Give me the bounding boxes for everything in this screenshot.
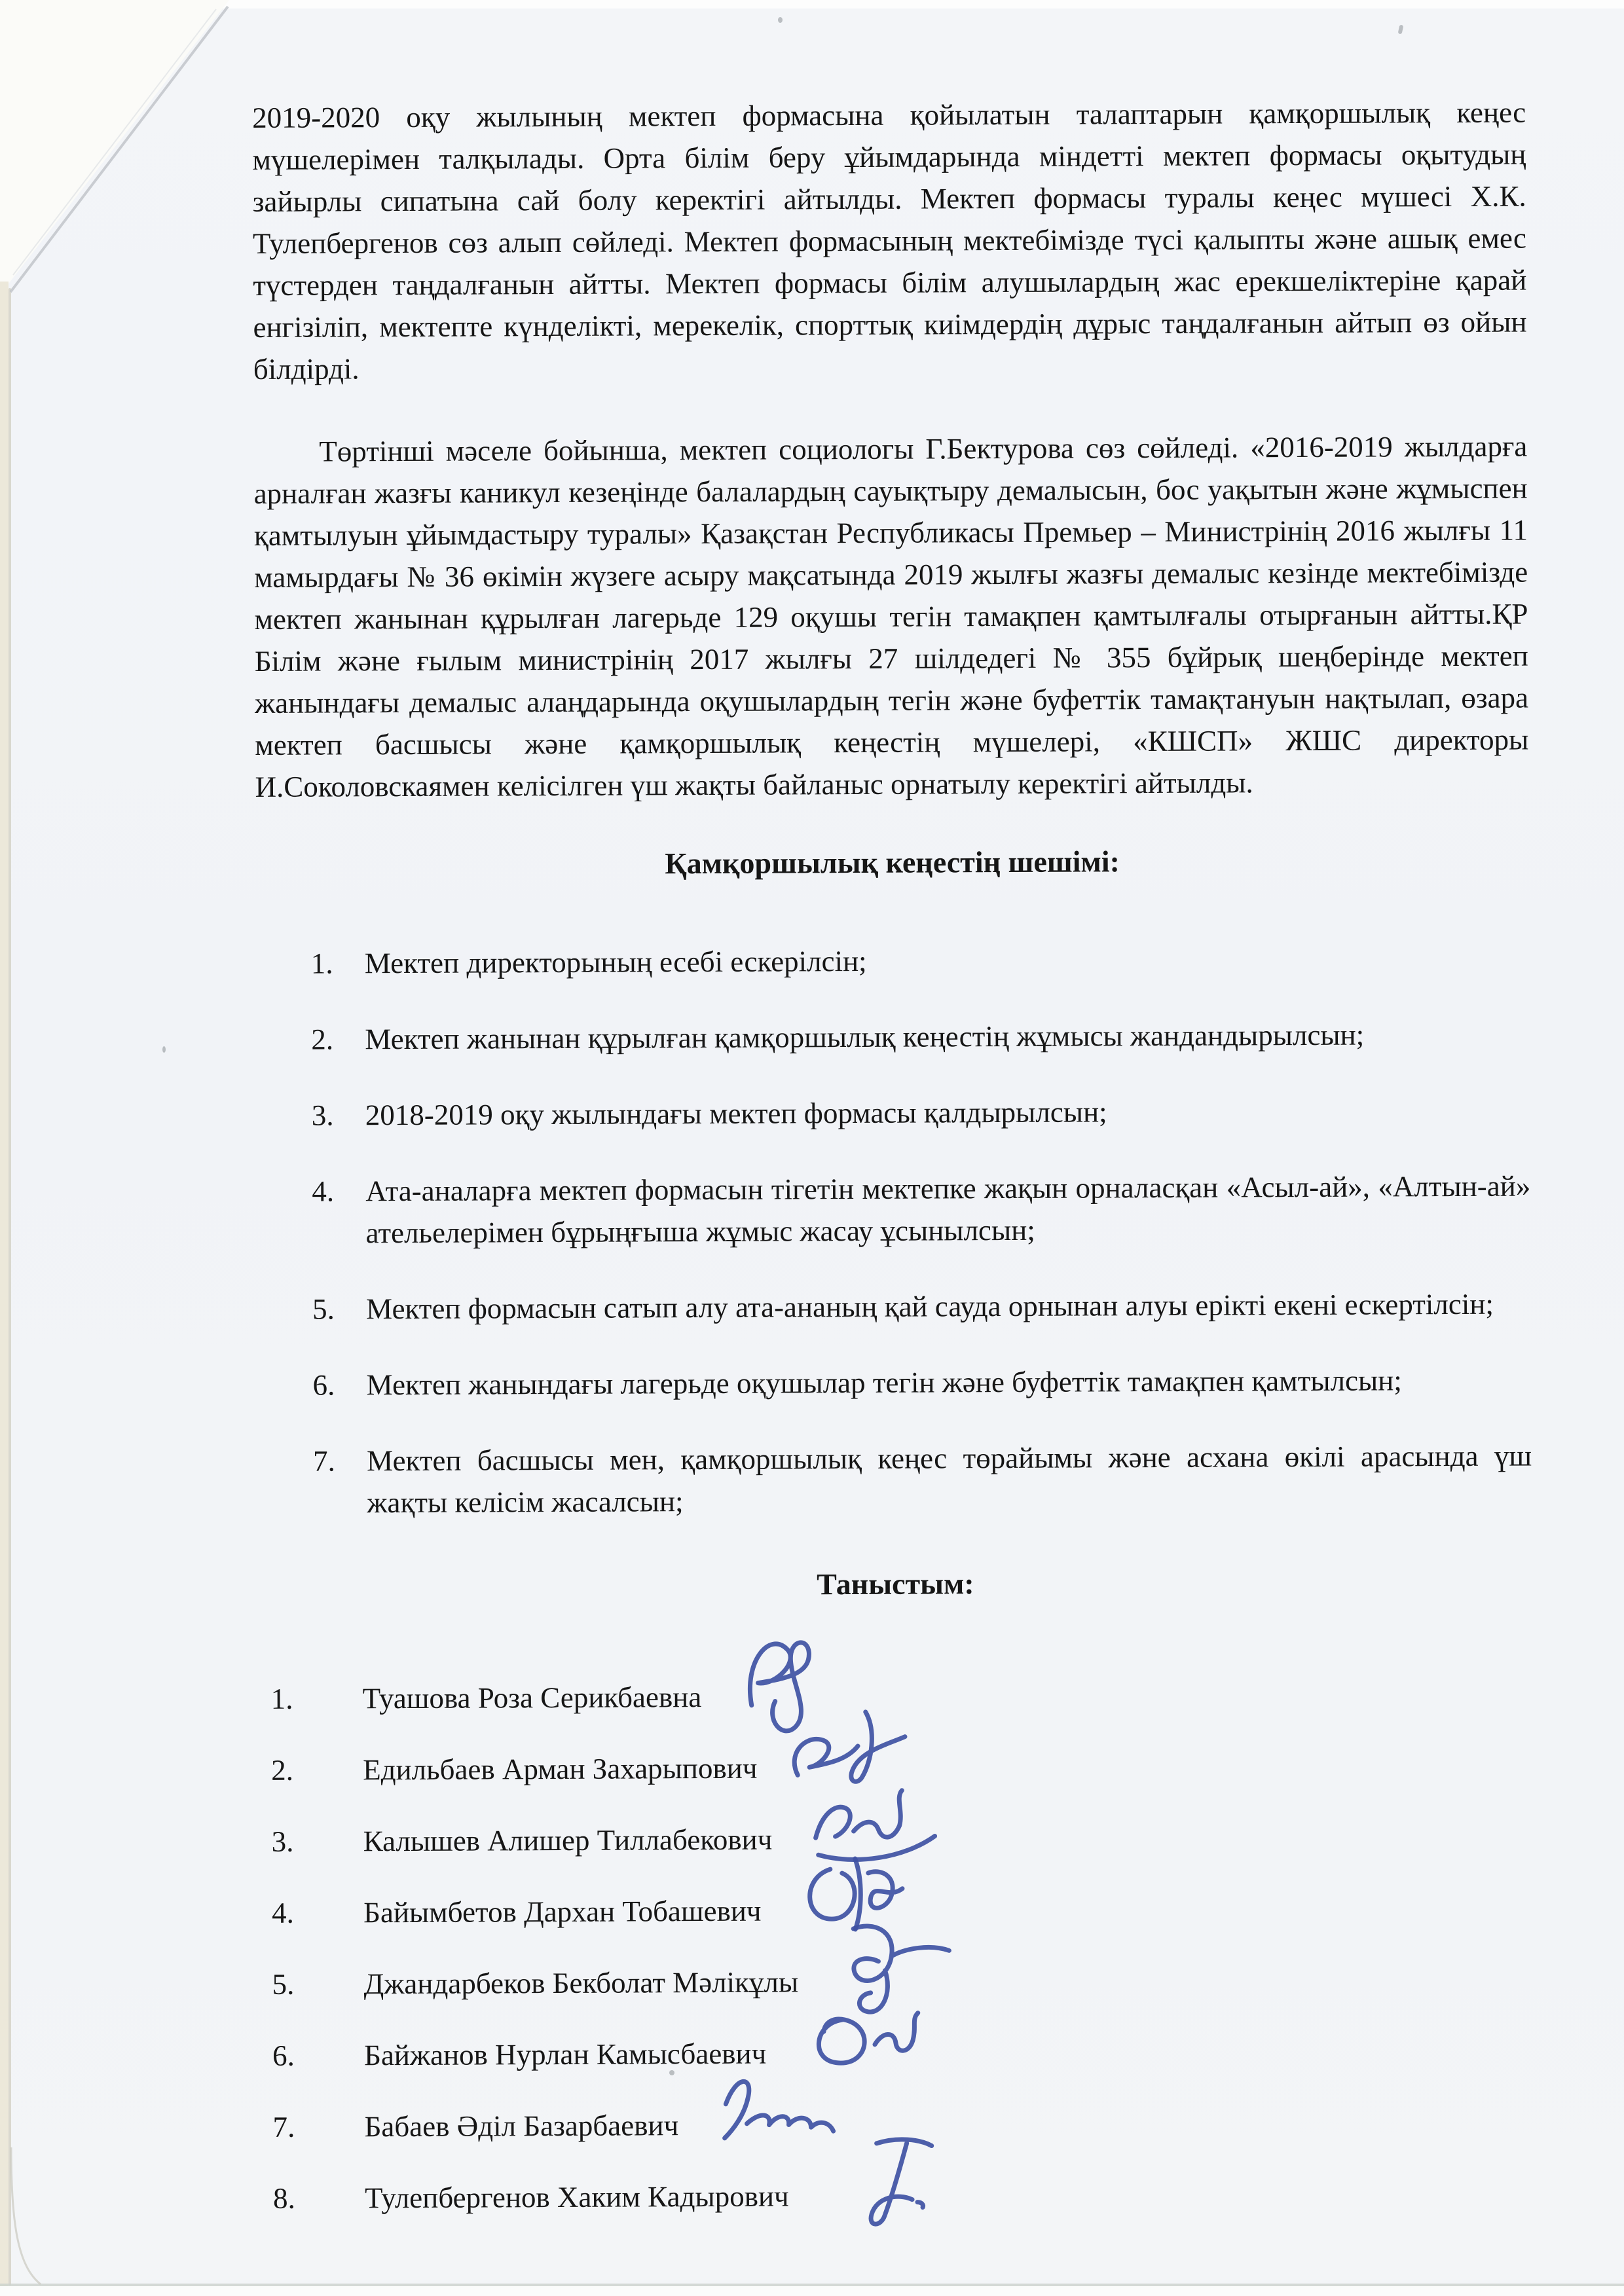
signatory-row: 6. Байжанов Нурлан Камысбаевич — [261, 2014, 1534, 2090]
decision-number: 6. — [312, 1364, 335, 1406]
acknowledgment-heading: Таныстым: — [259, 1560, 1532, 1607]
signatory-list: 1. Туашова Роза Серикбаевна 2. Едильбаев… — [259, 1657, 1535, 2233]
signatory-name: Едильбаев Арман Захарыпович — [363, 1747, 758, 1791]
signatory-name: Туашова Роза Серикбаевна — [363, 1676, 702, 1719]
signatory-name: Калышев Алишер Тиллабекович — [363, 1818, 772, 1862]
decision-number: 4. — [312, 1170, 334, 1212]
decision-text: Мектеп формасын сатып алу ата-ананың қай… — [366, 1288, 1494, 1326]
signatory-number: 6. — [261, 2034, 364, 2077]
signatory-number: 5. — [260, 1963, 363, 2005]
signatory-number: 8. — [261, 2177, 365, 2219]
body-paragraph-1: 2019-2020 оқу жылының мектеп формасына қ… — [252, 92, 1527, 390]
signatory-row: 8. Тулепбергенов Хаким Кадырович — [261, 2157, 1535, 2233]
decision-item: 5. Мектеп формасын сатып алу ата-ананың … — [257, 1283, 1531, 1330]
signatory-number: 4. — [260, 1891, 363, 1934]
decision-item: 3. 2018-2019 оқу жылындағы мектеп формас… — [257, 1089, 1530, 1136]
document-content: 2019-2020 оқу жылының мектеп формасына қ… — [252, 92, 1535, 2234]
decision-item: 7. Мектеп басшысы мен, қамқоршылық кеңес… — [258, 1434, 1532, 1523]
body-paragraph-2: Төртінші мәселе бойынша, мектеп социолог… — [253, 426, 1528, 808]
decision-number: 5. — [312, 1288, 335, 1330]
scanned-document-page: 2019-2020 оқу жылының мектеп формасына қ… — [0, 0, 1624, 2296]
signatory-number: 1. — [259, 1677, 363, 1720]
decision-item: 1. Мектеп директорының есебі ескерілсін; — [256, 938, 1530, 985]
decision-item: 2. Мектеп жанынан құрылған қамқоршылық к… — [256, 1013, 1530, 1061]
decision-number: 3. — [312, 1094, 334, 1136]
signatory-name: Байымбетов Дархан Тобашевич — [363, 1889, 762, 1933]
scan-speck — [162, 1046, 166, 1053]
signatory-number: 3. — [259, 1820, 363, 1863]
signatory-name: Бабаев Әділ Базарбаевич — [364, 2104, 678, 2147]
decision-text: Мектеп басшысы мен, қамқоршылық кеңес тө… — [367, 1439, 1532, 1519]
decision-item: 4. Ата-аналарға мектеп формасын тігетін … — [257, 1165, 1531, 1254]
signatory-number: 2. — [259, 1749, 363, 1791]
signature-8 — [813, 2123, 955, 2238]
decision-text: Мектеп директорының есебі ескерілсін; — [365, 945, 867, 979]
decision-number: 1. — [311, 942, 333, 984]
signatory-name: Джандарбеков Бекболат Мәлікұлы — [363, 1961, 798, 2005]
decision-text: Мектеп жанынан құрылған қамқоршылық кеңе… — [365, 1019, 1364, 1056]
decision-item: 6. Мектеп жанындағы лагерьде оқушылар те… — [257, 1358, 1531, 1406]
decision-text: 2018-2019 оқу жылындағы мектеп формасы қ… — [365, 1095, 1107, 1131]
decision-text: Мектеп жанындағы лагерьде оқушылар тегін… — [366, 1364, 1401, 1401]
decision-text: Ата-аналарға мектеп формасын тігетін мек… — [365, 1169, 1530, 1249]
decision-number: 2. — [311, 1018, 333, 1060]
signatory-number: 7. — [261, 2105, 364, 2148]
signatory-name: Тулепбергенов Хаким Кадырович — [365, 2175, 789, 2219]
decision-number: 7. — [313, 1440, 335, 1482]
decision-heading: Қамқоршылық кеңестің шешімі: — [255, 839, 1529, 886]
decision-list: 1. Мектеп директорының есебі ескерілсін;… — [256, 938, 1532, 1524]
scan-speck — [778, 17, 783, 23]
